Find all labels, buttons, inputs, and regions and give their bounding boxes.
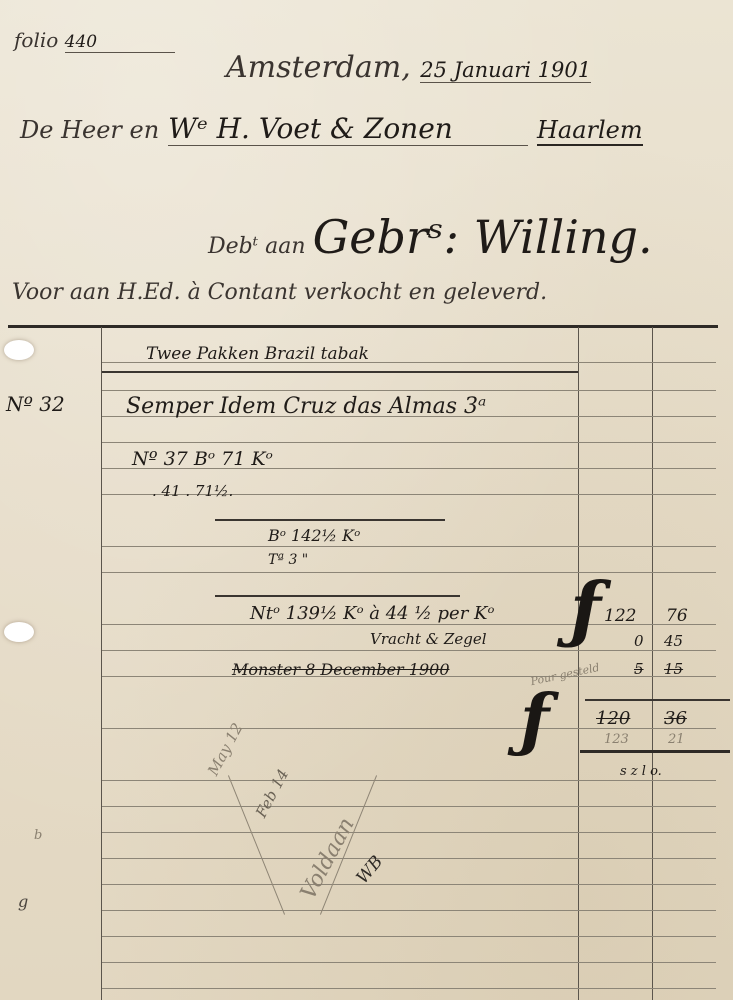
folio-label: folio 440 <box>14 28 175 53</box>
cents-column-rule <box>652 327 653 1000</box>
ruled-line <box>102 988 716 989</box>
margin-pencil-mark: b <box>34 828 42 843</box>
ruled-line <box>102 546 716 547</box>
addressee-name: Wᵉ H. Voet & Zonen <box>168 112 528 146</box>
sample-description-struck: Monster 8 December 1900 <box>232 660 450 679</box>
florin-symbol: ƒ <box>570 566 601 651</box>
ruled-line <box>102 572 716 573</box>
date: 25 Januari 1901 <box>420 58 591 83</box>
line-item-description: Twee Pakken Brazil tabak <box>146 344 369 364</box>
tare-weight: Tª 3 " <box>268 552 308 568</box>
total-bottom-rule <box>580 750 730 753</box>
corrected-cents: 21 <box>668 732 685 747</box>
addressee-city: Haarlem <box>537 116 643 146</box>
amount-guilders: 122 <box>604 606 636 626</box>
invoice-paper: folio 440 Amsterdam, 25 Januari 1901 De … <box>0 0 733 1000</box>
corrected-guilders: 123 <box>604 732 629 747</box>
margin-item-number: Nº 32 <box>6 392 65 416</box>
pencil-initials: WB <box>353 852 388 888</box>
total-cents: 36 <box>664 708 687 729</box>
gross-weight: Bᵒ 142½ Kᵒ <box>268 526 360 545</box>
ruled-line <box>102 962 716 963</box>
line-item-weight: Nº 37 Bᵒ 71 Kᵒ <box>132 448 273 470</box>
total-note: s z l o. <box>620 764 662 779</box>
addressee-line: De Heer en Wᵉ H. Voet & Zonen Haarlem <box>20 112 643 146</box>
amount-guilders: 0 <box>634 632 644 650</box>
amount-cents: 76 <box>666 606 688 626</box>
amount-guilders: 5 <box>634 660 644 678</box>
table-top-rule <box>8 325 718 328</box>
debit-label: Debᵗ aan <box>208 234 306 259</box>
net-line-description: Ntᵒ 139½ Kᵒ à 44 ½ per Kᵒ <box>250 603 494 624</box>
folio-number: 440 <box>65 32 175 53</box>
ruled-line <box>102 936 716 937</box>
amount-cents: 45 <box>664 632 683 650</box>
addressee-prefix: De Heer en <box>20 116 159 144</box>
guilders-column-rule <box>578 327 579 1000</box>
terms-line: Voor aan H.Ed. à Contant verkocht en gel… <box>12 280 547 305</box>
amount-cents: 15 <box>664 660 683 678</box>
margin-pencil-mark: g <box>18 892 28 911</box>
ruled-line <box>102 442 716 443</box>
subtotal-rule <box>215 519 445 521</box>
line-item-weight: . 41 . 71½. <box>152 482 233 500</box>
left-margin-rule <box>101 327 102 1000</box>
ruled-line <box>102 371 578 373</box>
ruled-line <box>102 650 716 651</box>
punch-hole-bottom <box>4 622 34 642</box>
pencil-annotation-date: Feb 14 <box>252 766 292 820</box>
line-item-description: Semper Idem Cruz das Almas 3ᵃ <box>126 394 486 419</box>
place: Amsterdam, <box>226 50 411 85</box>
punch-hole-top <box>4 340 34 360</box>
seller-name: Gebrˢ: Willing. <box>313 210 653 264</box>
total-top-rule <box>585 699 730 701</box>
place-date: Amsterdam, 25 Januari 1901 <box>226 50 591 85</box>
pencil-paid-annotation: May 12 Feb 14 Voldaan WB <box>200 730 420 930</box>
debit-line: Debᵗ aan Gebrˢ: Willing. <box>208 210 653 264</box>
total-guilders: 120 <box>596 708 630 729</box>
pencil-annotation-paid: Voldaan <box>296 814 360 904</box>
net-rule <box>215 595 460 597</box>
total-florin-symbol: ƒ <box>520 680 549 760</box>
freight-description: Vracht & Zegel <box>370 630 487 648</box>
ruled-line <box>102 390 716 391</box>
